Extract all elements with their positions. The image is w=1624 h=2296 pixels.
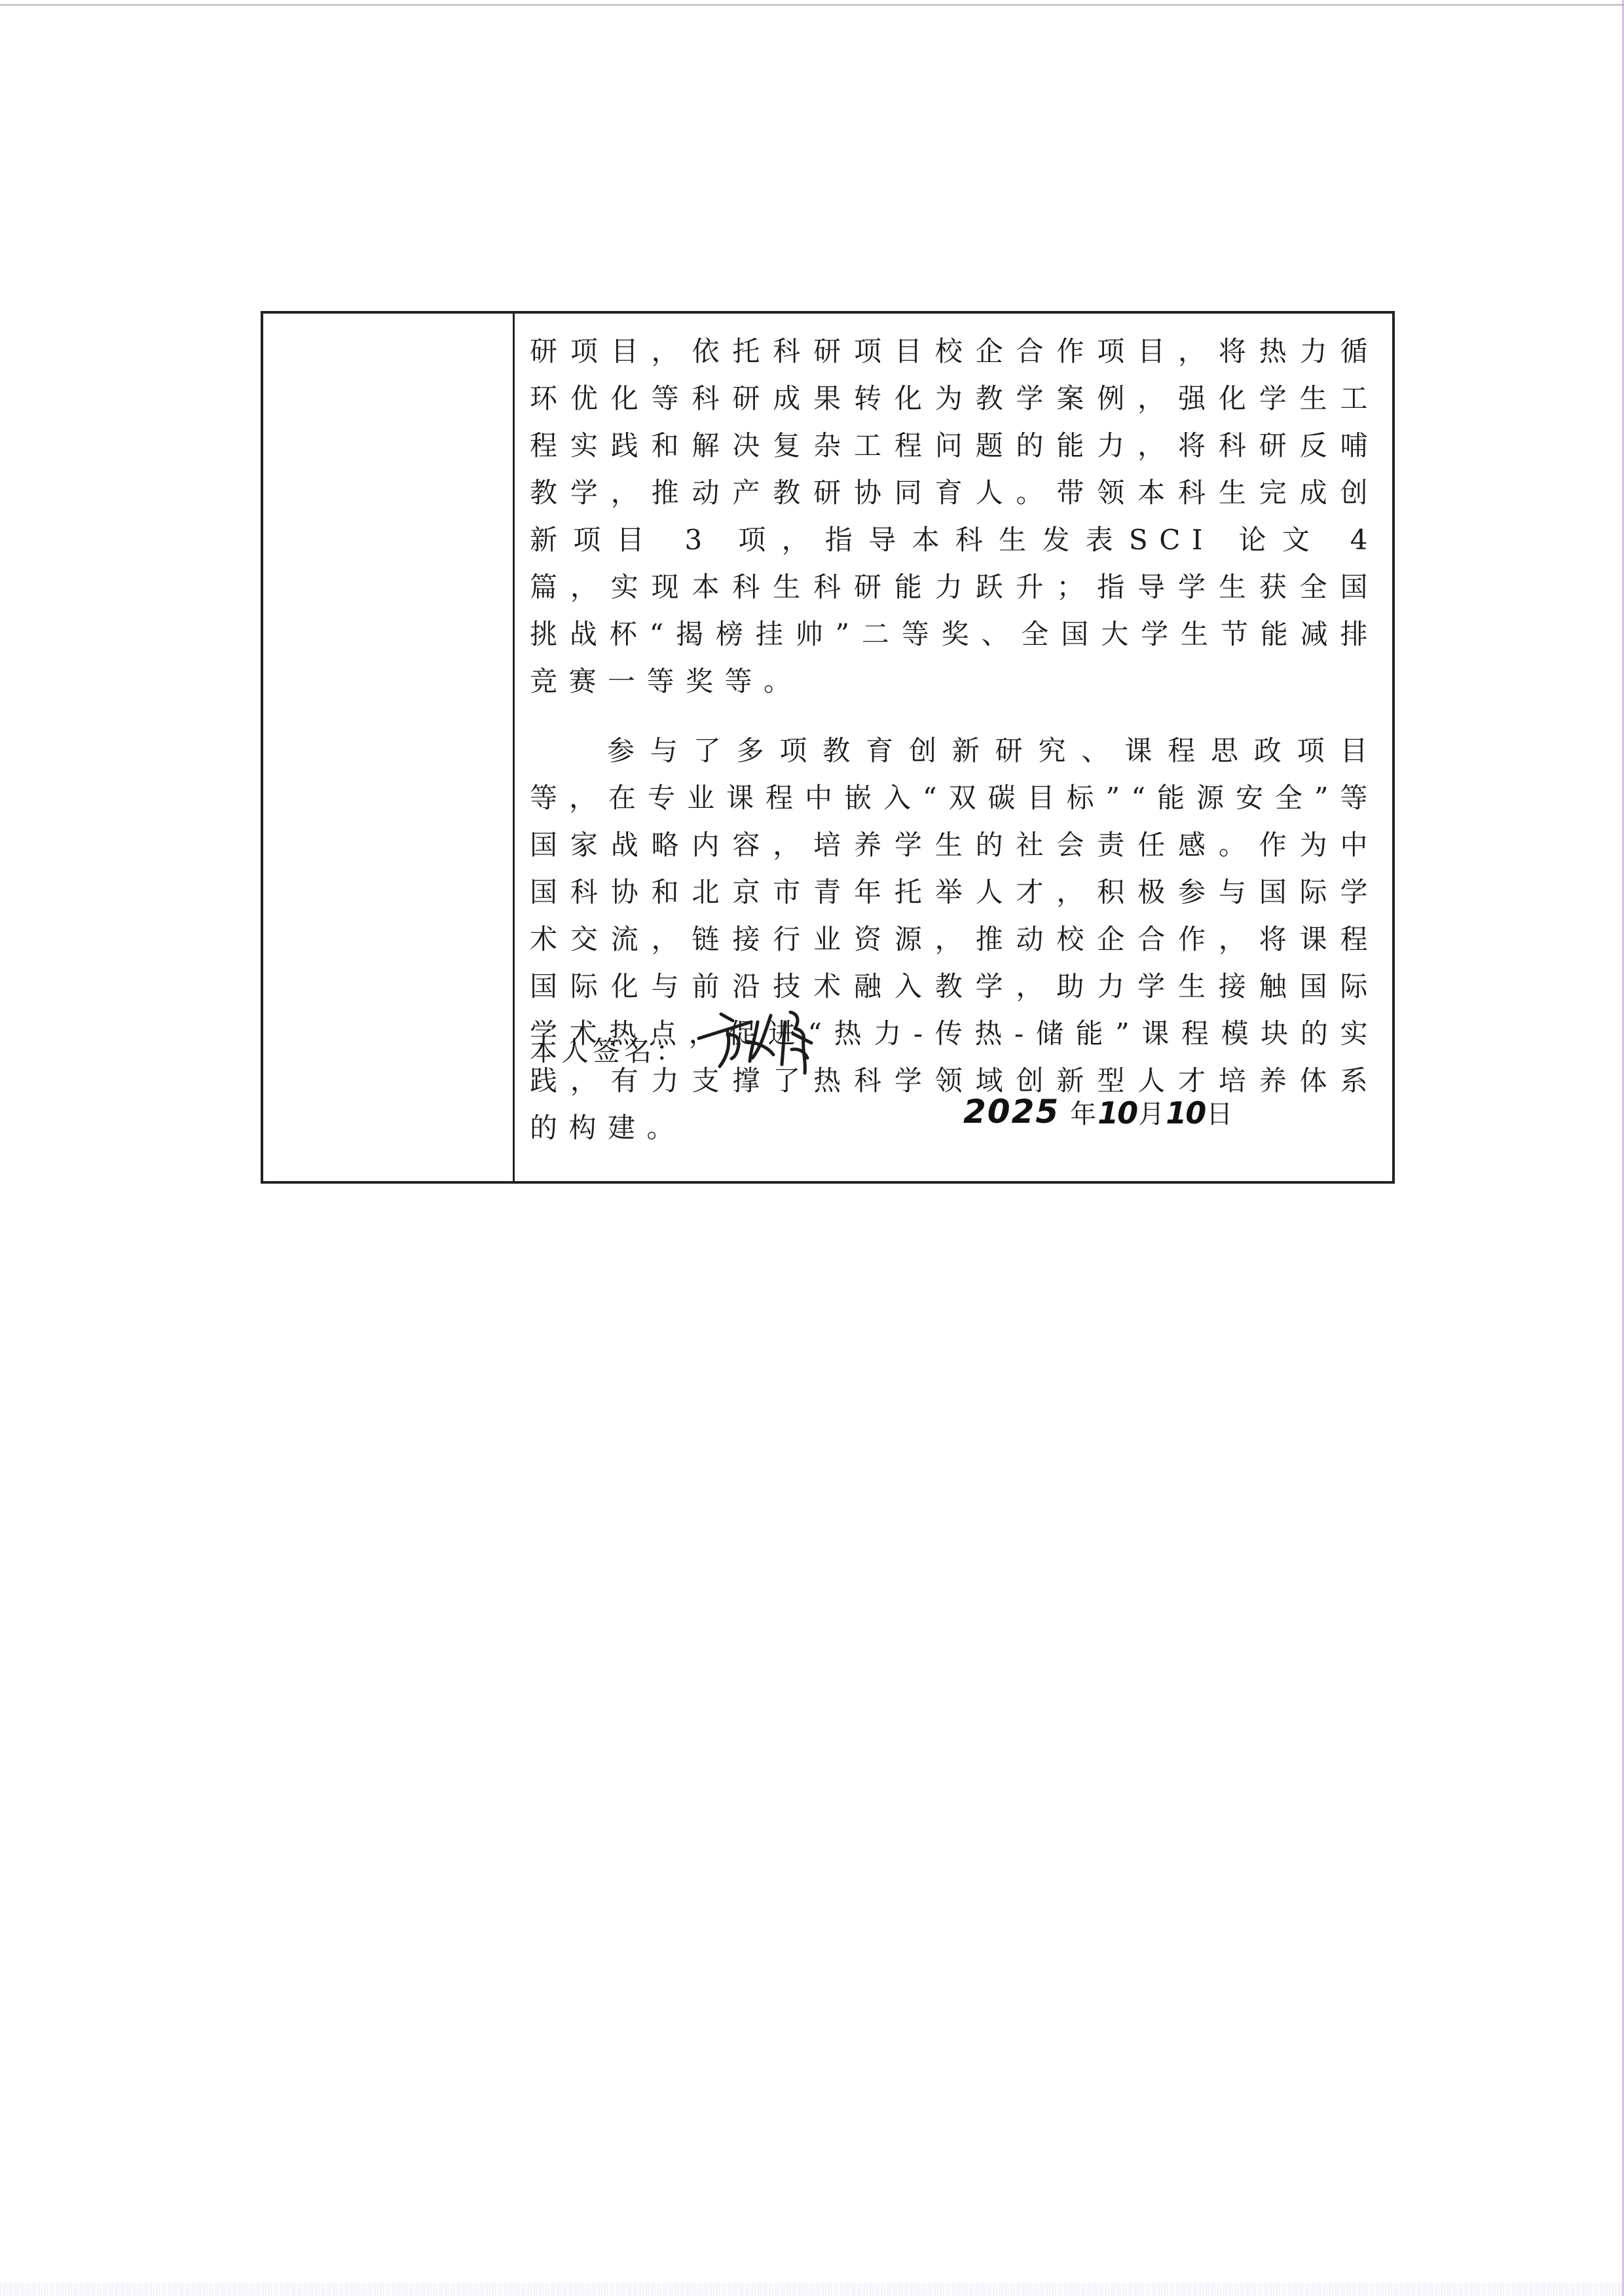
date-year: 2025 [963,1093,1060,1131]
signature-row: 本人签名： 方婧 [530,1015,831,1087]
date-year-unit: 年 [1070,1093,1096,1131]
date-month: 10 [1098,1095,1137,1131]
scan-edge-top [0,4,1624,6]
handwritten-signature-icon [687,1002,831,1087]
paragraph-research-teaching: 研项目，依托科研项目校企合作项目，将热力循环优化等科研成果转化为教学案例，强化学… [530,328,1379,705]
date-day: 10 [1166,1095,1205,1131]
form-table: 研项目，依托科研项目校企合作项目，将热力循环优化等科研成果转化为教学案例，强化学… [261,311,1395,1184]
date-day-unit: 日 [1206,1093,1232,1131]
date-month-unit: 月 [1138,1093,1164,1131]
form-label-cell [263,314,515,1181]
signature-label: 本人签名： [530,1032,687,1071]
form-content-cell: 研项目，依托科研项目校企合作项目，将热力循环优化等科研成果转化为教学案例，强化学… [515,314,1392,1181]
signature-date: 2025 年 10 月 10 日 [963,1093,1234,1131]
scan-noise-bottom [0,2283,1624,2296]
paragraph-education-innovation: 参与了多项教育创新研究、课程思政项目等，在专业课程中嵌入“双碳目标”“能源安全”… [530,727,1379,1152]
